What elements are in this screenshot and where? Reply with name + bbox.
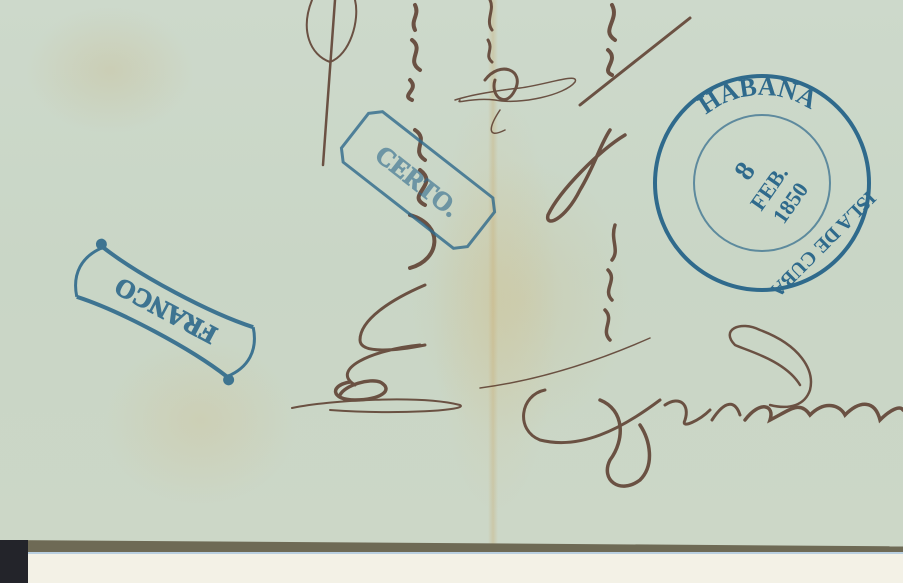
datestamp-day: 8 bbox=[728, 157, 761, 186]
scan-corner bbox=[0, 540, 28, 583]
datestamp-city-text: HABANA bbox=[693, 72, 822, 120]
svg-text:HABANA: HABANA bbox=[693, 72, 822, 120]
habana-datestamp: HABANA 8 FEB. 1850 ISLA DE CUBA bbox=[655, 72, 880, 302]
certo-handstamp: CERTO. bbox=[335, 106, 500, 255]
backing-card bbox=[28, 552, 903, 583]
ink-markings: FRANCO CERTO. HABANA 8 FEB. 1850 ISLA DE… bbox=[0, 0, 903, 583]
franco-handstamp: FRANCO bbox=[64, 236, 267, 388]
postal-cover-scan: FRANCO CERTO. HABANA 8 FEB. 1850 ISLA DE… bbox=[0, 0, 903, 583]
certo-text: CERTO. bbox=[370, 140, 465, 223]
